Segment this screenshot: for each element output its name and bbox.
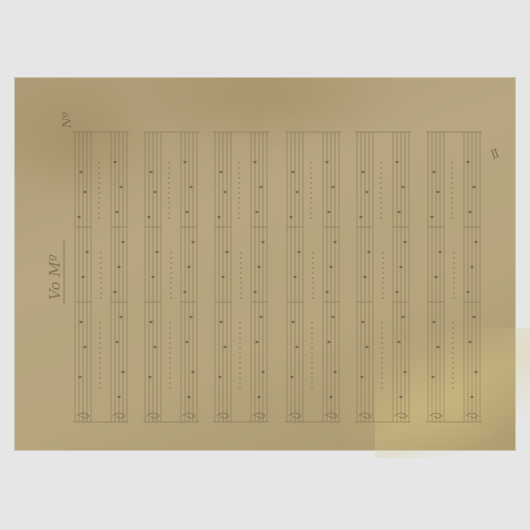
title-handwriting: Vo Mº	[46, 254, 64, 300]
corner-mark-top-left: Nº	[60, 112, 74, 128]
music-staves	[0, 0, 530, 530]
